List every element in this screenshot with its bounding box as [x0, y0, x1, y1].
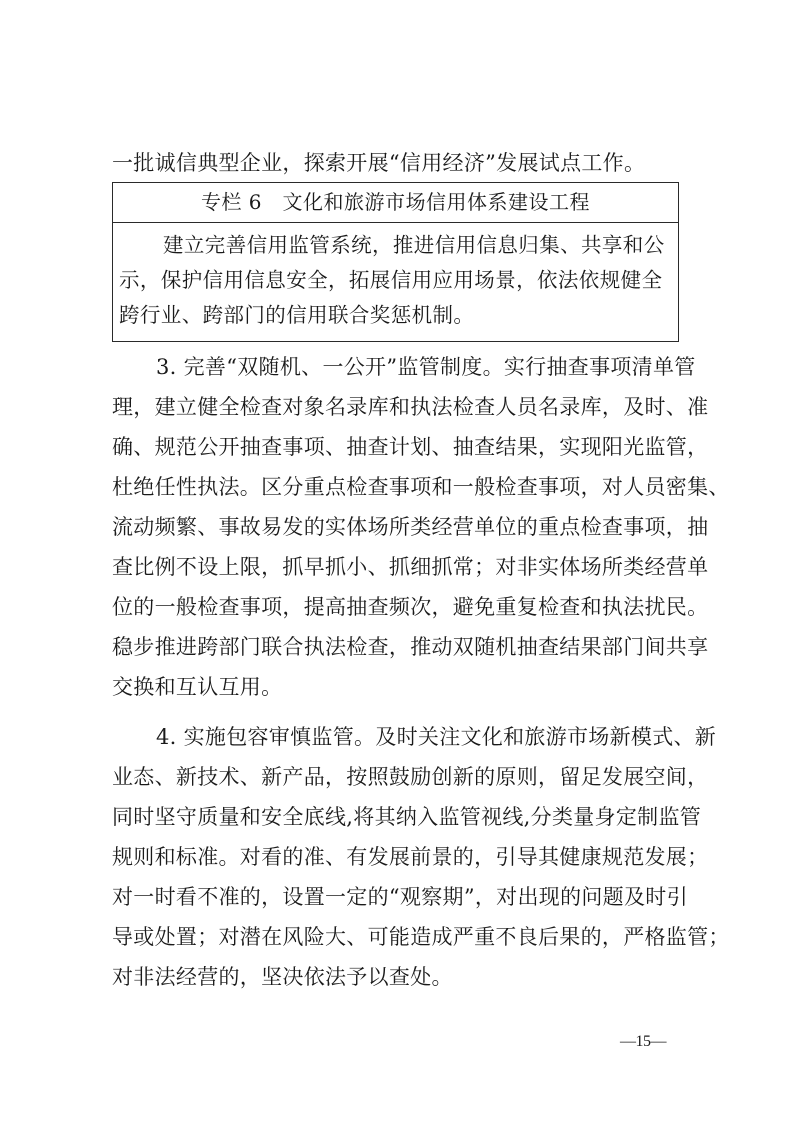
- paragraph-line: 3. 完善“双随机、一公开”监管制度。实行抽查事项清单管: [156, 352, 680, 382]
- page-number: —15—: [620, 1033, 666, 1051]
- intro-paragraph-line: 一批诚信典型企业，探索开展“信用经济”发展试点工作。: [112, 148, 680, 178]
- paragraph-line: 业态、新技术、新产品，按照鼓励创新的原则，留足发展空间，: [112, 762, 680, 792]
- column-box: 专栏 6 文化和旅游市场信用体系建设工程 建立完善信用监管系统，推进信用信息归集…: [112, 182, 679, 342]
- document-page: 一批诚信典型企业，探索开展“信用经济”发展试点工作。 专栏 6 文化和旅游市场信…: [0, 0, 793, 1122]
- paragraph-line: 同时坚守质量和安全底线,将其纳入监管视线,分类量身定制监管: [112, 802, 680, 832]
- column-box-line: 建立完善信用监管系统，推进信用信息归集、共享和公: [163, 230, 718, 260]
- paragraph-line: 规则和标准。对看的准、有发展前景的，引导其健康规范发展；: [112, 842, 680, 872]
- paragraph-line: 交换和互认互用。: [112, 672, 680, 702]
- paragraph-line: 理，建立健全检查对象名录库和执法检查人员名录库，及时、准: [112, 392, 680, 422]
- paragraph-line: 对非法经营的，坚决依法予以查处。: [112, 962, 680, 992]
- paragraph-line: 确、规范公开抽查事项、抽查计划、抽查结果，实现阳光监管，: [112, 432, 680, 462]
- column-box-title: 专栏 6 文化和旅游市场信用体系建设工程: [113, 183, 678, 223]
- paragraph-line: 位的一般检查事项，提高抽查频次，避免重复检查和执法扰民。: [112, 592, 680, 622]
- paragraph-line: 对一时看不准的，设置一定的“观察期”，对出现的问题及时引: [112, 882, 680, 912]
- paragraph-line: 导或处置；对潜在风险大、可能造成严重不良后果的，严格监管；: [112, 922, 680, 952]
- paragraph-line: 杜绝任性执法。区分重点检查事项和一般检查事项，对人员密集、: [112, 472, 680, 502]
- paragraph-line: 稳步推进跨部门联合执法检查，推动双随机抽查结果部门间共享: [112, 632, 680, 662]
- paragraph-line: 流动频繁、事故易发的实体场所类经营单位的重点检查事项，抽: [112, 512, 680, 542]
- column-box-line: 示，保护信用信息安全，拓展信用应用场景，依法依规健全: [119, 265, 674, 295]
- paragraph-line: 4. 实施包容审慎监管。及时关注文化和旅游市场新模式、新: [156, 722, 680, 752]
- paragraph-line: 查比例不设上限，抓早抓小、抓细抓常；对非实体场所类经营单: [112, 552, 680, 582]
- column-box-line: 跨行业、跨部门的信用联合奖惩机制。: [119, 300, 674, 330]
